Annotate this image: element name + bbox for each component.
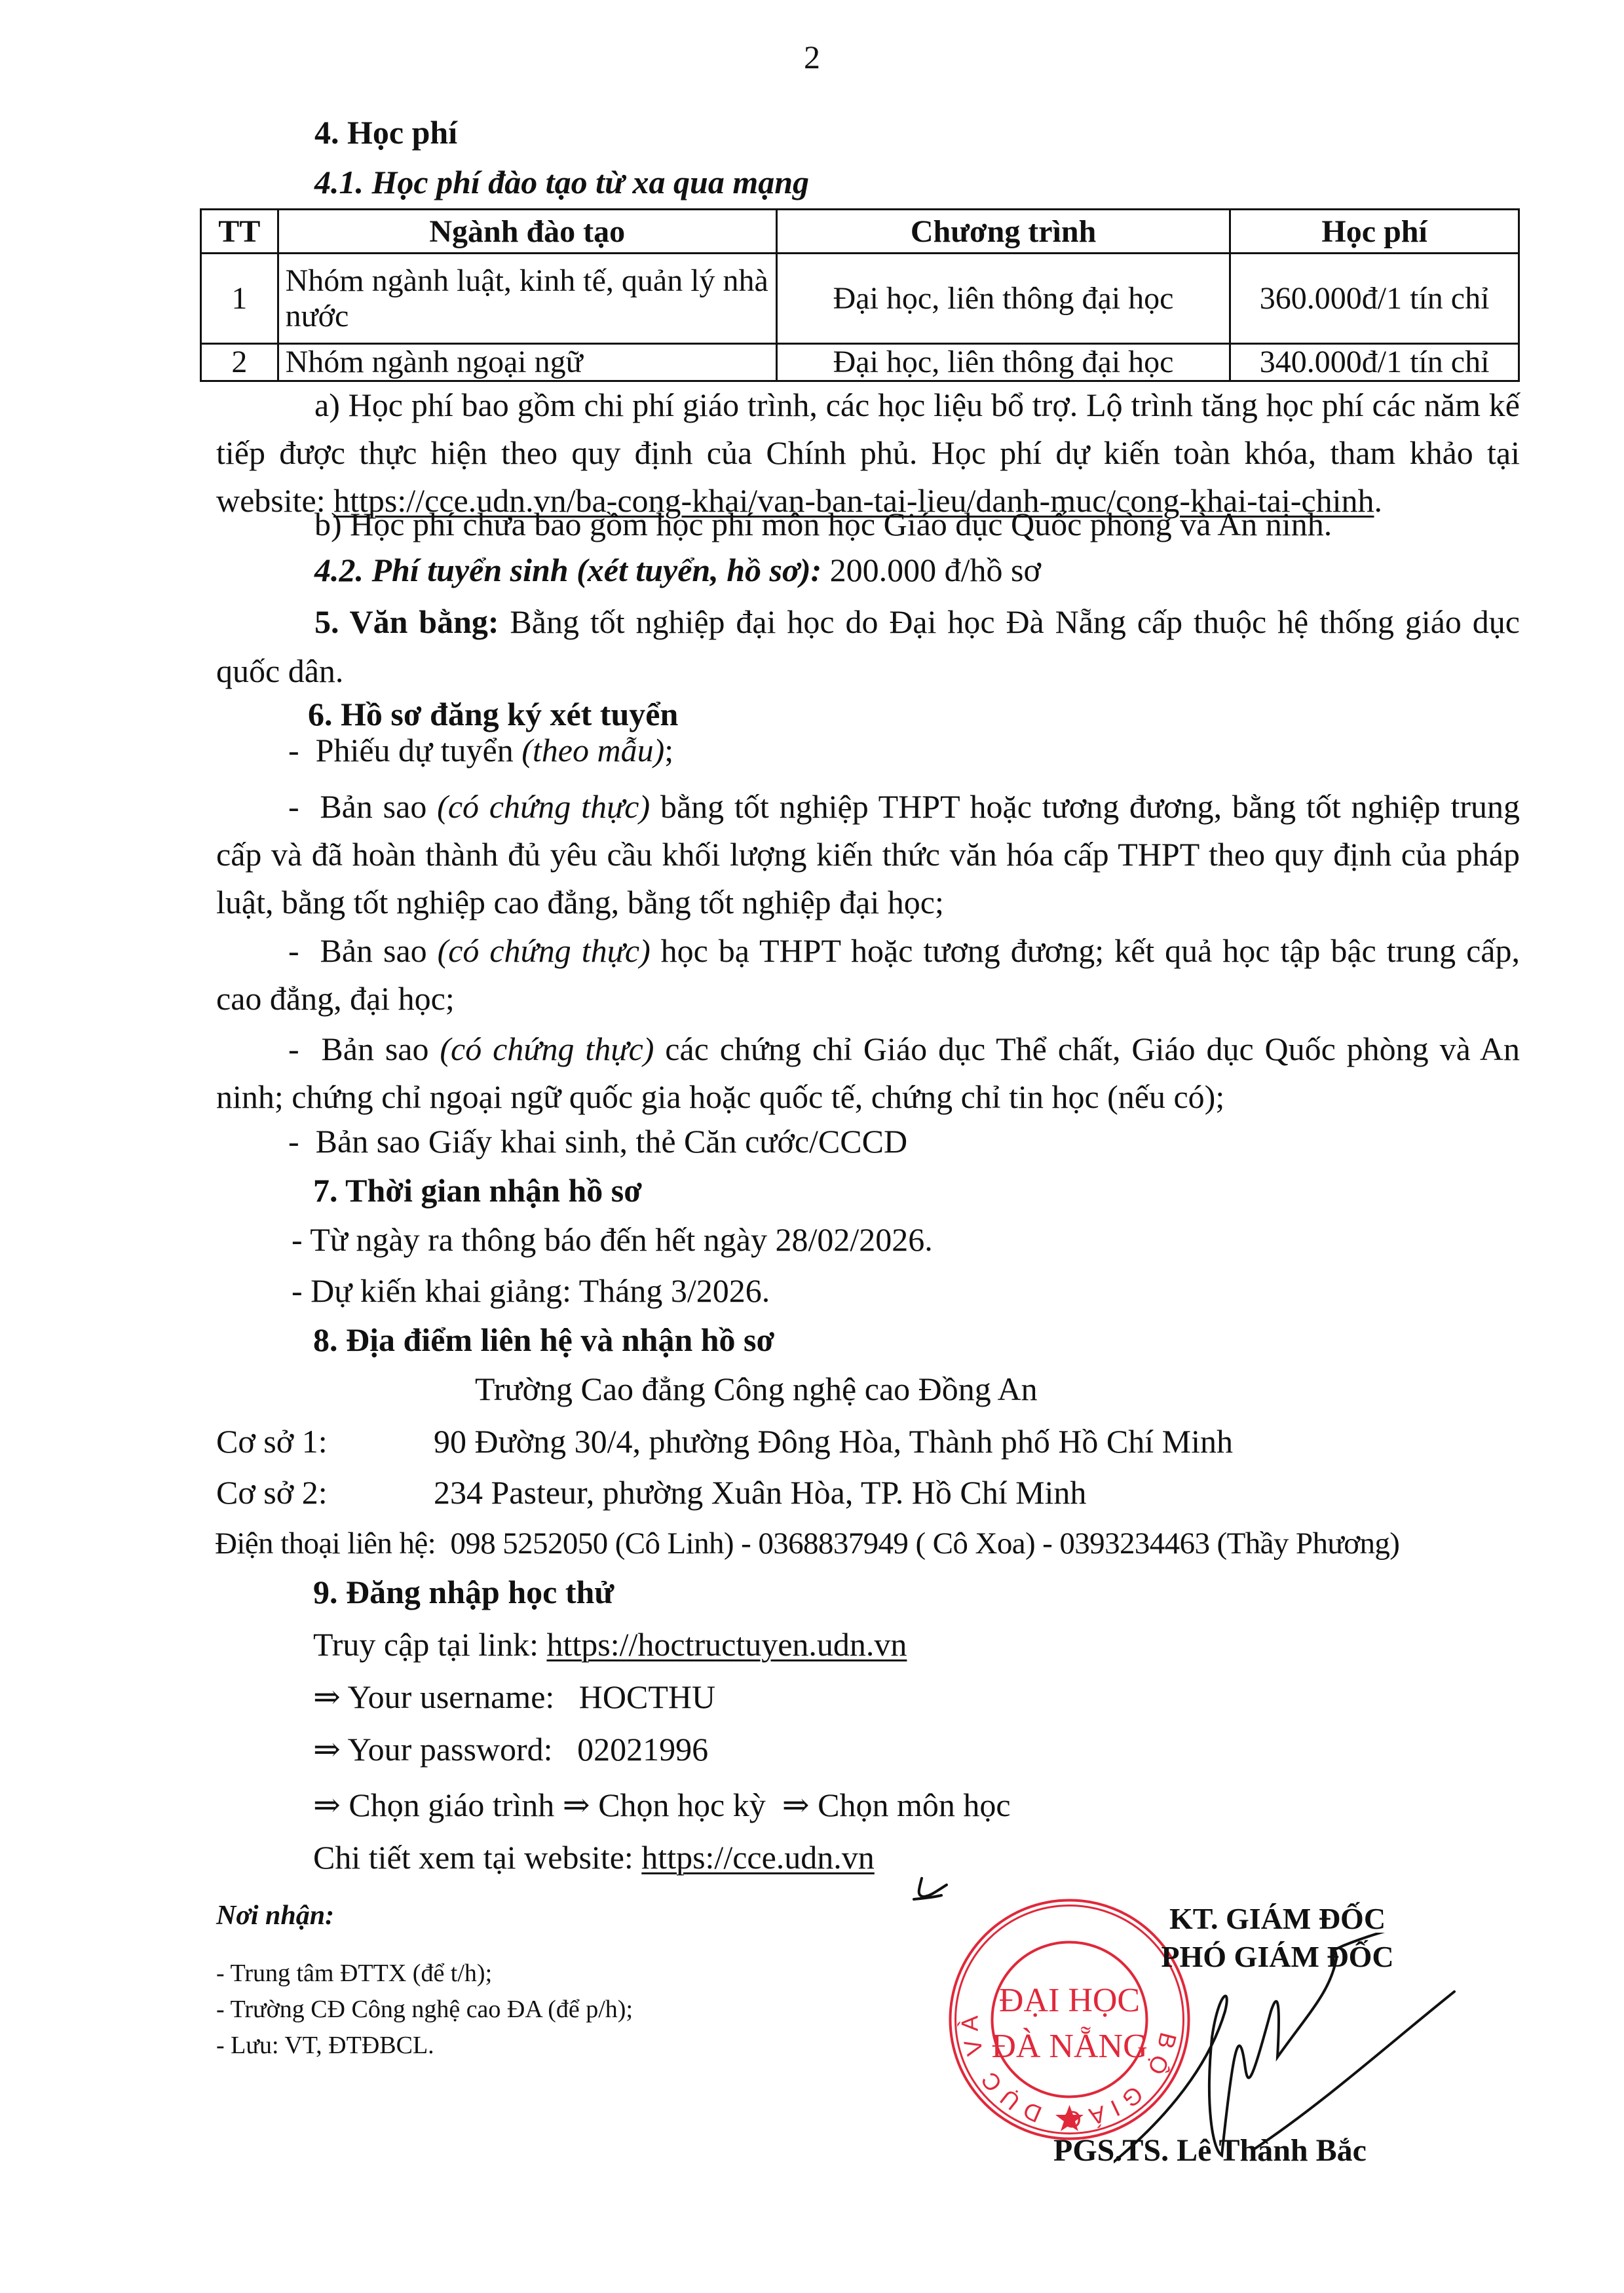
section-4-2-value: 200.000 đ/hồ sơ bbox=[821, 552, 1041, 588]
arrow-right-icon: ⇒ bbox=[313, 1787, 341, 1823]
password-value: 02021996 bbox=[577, 1731, 708, 1768]
arrow-right-icon: ⇒ bbox=[782, 1787, 810, 1823]
item-emphasis: (có chứng thực) bbox=[440, 1031, 654, 1067]
cell-hoc-phi: 340.000đ/1 tín chỉ bbox=[1230, 344, 1519, 381]
recipients-list: - Trung tâm ĐTTX (để t/h); - Trường CĐ C… bbox=[216, 1956, 633, 2064]
access-label: Truy cập tại link: bbox=[313, 1626, 546, 1663]
trial-access-line: Truy cập tại link: https://hoctructuyen.… bbox=[313, 1625, 907, 1664]
step-1: Chọn giáo trình bbox=[349, 1787, 554, 1823]
item-text: Bản sao bbox=[320, 932, 438, 969]
list-item: - Bản sao (có chứng thực) bằng tốt nghiệ… bbox=[216, 783, 1520, 926]
col-header-chuong-trinh: Chương trình bbox=[776, 210, 1230, 254]
campus-2-label: Cơ sở 2: bbox=[216, 1473, 328, 1512]
cell-chuong-trinh: Đại học, liên thông đại học bbox=[776, 344, 1230, 381]
section-6-heading: 6. Hồ sơ đăng ký xét tuyển bbox=[308, 694, 678, 734]
section-4-1-heading: 4.1. Học phí đào tạo từ xa qua mạng bbox=[314, 162, 809, 202]
step-3: Chọn môn học bbox=[818, 1787, 1010, 1823]
item-text-end: ; bbox=[664, 732, 673, 768]
cell-tt: 2 bbox=[201, 344, 278, 381]
item-emphasis: (theo mẫu) bbox=[521, 732, 664, 768]
section-4-heading: 4. Học phí bbox=[314, 113, 457, 152]
password-line: ⇒ Your password: 02021996 bbox=[313, 1730, 708, 1769]
item-text: Bản sao bbox=[320, 788, 437, 825]
item-emphasis: (có chứng thực) bbox=[437, 788, 650, 825]
signatory-name: PGS.TS. Lê Thành Bắc bbox=[1053, 2132, 1367, 2169]
phone-label: Điện thoại liên hệ: bbox=[215, 1526, 436, 1561]
arrow-right-icon: ⇒ bbox=[563, 1787, 590, 1823]
cell-hoc-phi: 360.000đ/1 tín chỉ bbox=[1230, 254, 1519, 344]
tuition-table: TT Ngành đào tạo Chương trình Học phí 1 … bbox=[200, 208, 1520, 382]
table-row: 1 Nhóm ngành luật, kinh tế, quản lý nhà … bbox=[201, 254, 1519, 344]
school-name: Trường Cao đẳng Công nghệ cao Đồng An bbox=[475, 1369, 1038, 1409]
table-header-row: TT Ngành đào tạo Chương trình Học phí bbox=[201, 210, 1519, 254]
list-item: - Trung tâm ĐTTX (để t/h); bbox=[216, 1956, 633, 1992]
item-text: Phiếu dự tuyển bbox=[316, 732, 522, 768]
cell-chuong-trinh: Đại học, liên thông đại học bbox=[776, 254, 1230, 344]
list-item: - Phiếu dự tuyển (theo mẫu); bbox=[288, 730, 673, 770]
cell-tt: 1 bbox=[201, 254, 278, 344]
username-value: HOCTHU bbox=[579, 1678, 715, 1715]
username-line: ⇒ Your username: HOCTHU bbox=[313, 1677, 715, 1716]
col-header-nganh: Ngành đào tạo bbox=[278, 210, 776, 254]
recipients-heading: Nơi nhận: bbox=[216, 1900, 334, 1931]
details-label: Chi tiết xem tại website: bbox=[313, 1839, 641, 1876]
cell-nganh: Nhóm ngành luật, kinh tế, quản lý nhà nư… bbox=[278, 254, 776, 344]
cell-nganh: Nhóm ngành ngoại ngữ bbox=[278, 344, 776, 381]
list-item: - Lưu: VT, ĐTĐBCL. bbox=[216, 2028, 633, 2064]
step-2: Chọn học kỳ bbox=[598, 1787, 766, 1823]
table-row: 2 Nhóm ngành ngoại ngữ Đại học, liên thô… bbox=[201, 344, 1519, 381]
section-4-2-label: 4.2. Phí tuyển sinh (xét tuyển, hồ sơ): bbox=[314, 552, 821, 588]
section-7-heading: 7. Thời gian nhận hồ sơ bbox=[313, 1171, 642, 1210]
arrow-right-icon: ⇒ bbox=[313, 1678, 341, 1715]
section-5-label: 5. Văn bằng: bbox=[314, 603, 499, 640]
section-4-2: 4.2. Phí tuyển sinh (xét tuyển, hồ sơ): … bbox=[314, 550, 1041, 590]
item-emphasis: (có chứng thực) bbox=[438, 932, 651, 969]
list-item: - Bản sao (có chứng thực) học bạ THPT ho… bbox=[216, 927, 1520, 1023]
trial-site-link[interactable]: https://hoctructuyen.udn.vn bbox=[546, 1626, 907, 1663]
opening-date: - Dự kiến khai giảng: Tháng 3/2026. bbox=[292, 1271, 770, 1310]
section-8-heading: 8. Địa điểm liên hệ và nhận hồ sơ bbox=[313, 1320, 774, 1359]
note-a: a) Học phí bao gồm chi phí giáo trình, c… bbox=[216, 381, 1520, 525]
campus-1-address: 90 Đường 30/4, phường Đông Hòa, Thành ph… bbox=[434, 1422, 1233, 1461]
campus-2-address: 234 Pasteur, phường Xuân Hòa, TP. Hồ Chí… bbox=[434, 1473, 1086, 1512]
campus-1-label: Cơ sở 1: bbox=[216, 1422, 328, 1461]
item-text: Bản sao Giấy khai sinh, thẻ Căn cước/CCC… bbox=[316, 1123, 907, 1160]
section-5: 5. Văn bằng: Bằng tốt nghiệp đại học do … bbox=[216, 597, 1520, 696]
password-label: Your password: bbox=[348, 1731, 553, 1768]
navigation-steps: ⇒ Chọn giáo trình ⇒ Chọn học kỳ ⇒ Chọn m… bbox=[313, 1785, 1011, 1825]
contact-phones: Điện thoại liên hệ: 098 5252050 (Cô Linh… bbox=[215, 1524, 1399, 1563]
page-number: 2 bbox=[0, 38, 1624, 76]
col-header-hoc-phi: Học phí bbox=[1230, 210, 1519, 254]
col-header-tt: TT bbox=[201, 210, 278, 254]
section-9-heading: 9. Đăng nhập học thử bbox=[313, 1572, 614, 1612]
intake-period: - Từ ngày ra thông báo đến hết ngày 28/0… bbox=[292, 1220, 933, 1259]
note-a-end: . bbox=[1374, 482, 1382, 519]
arrow-right-icon: ⇒ bbox=[313, 1731, 341, 1768]
cce-website-link[interactable]: https://cce.udn.vn bbox=[641, 1839, 875, 1876]
list-item: - Bản sao (có chứng thực) các chứng chỉ … bbox=[216, 1025, 1520, 1121]
username-label: Your username: bbox=[348, 1678, 555, 1715]
list-item: - Bản sao Giấy khai sinh, thẻ Căn cước/C… bbox=[288, 1122, 907, 1161]
note-b: b) Học phí chưa bao gồm học phí môn học … bbox=[314, 504, 1332, 544]
item-text: Bản sao bbox=[321, 1031, 440, 1067]
list-item: - Trường CĐ Công nghệ cao ĐA (để p/h); bbox=[216, 1992, 633, 2028]
phone-numbers: 098 5252050 (Cô Linh) - 0368837949 ( Cô … bbox=[450, 1526, 1399, 1561]
details-line: Chi tiết xem tại website: https://cce.ud… bbox=[313, 1838, 875, 1877]
